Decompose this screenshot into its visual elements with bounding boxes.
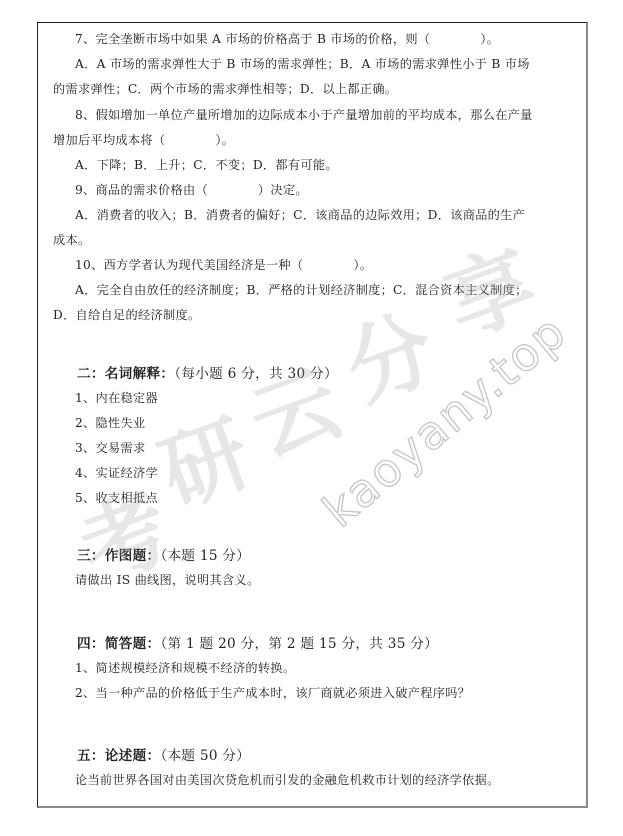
section-3-item-1: 请做出 IS 曲线图，说明其含义。: [75, 571, 259, 588]
section-5-item-1: 论当前世界各国对由美国次贷危机而引发的金融危机救市计划的经济学依据。: [75, 771, 500, 788]
question-9-options-line-2: 成本。: [53, 232, 90, 248]
section-2-item-3: 3、交易需求: [75, 439, 146, 456]
section-2-item-2: 2、隐性失业: [75, 414, 146, 431]
section-3-heading: 三：作图题：（本题 15 分）: [77, 544, 250, 564]
section-2-heading: 二：名词解释：（每小题 6 分，共 30 分）: [77, 362, 338, 382]
exam-page: 7、完全垄断市场中如果 A 市场的价格高于 B 市场的价格，则（ ）。 A．A …: [37, 22, 588, 808]
question-9-stem: 9、商品的需求价格由（ ）决定。: [75, 182, 308, 198]
question-8-stem-line-2: 增加后平均成本将（ ）。: [53, 132, 234, 148]
question-10-options-line-1: A．完全自由放任的经济制度；B．严格的计划经济制度；C．混合资本主义制度；: [75, 282, 528, 298]
question-10-stem: 10、西方学者认为现代美国经济是一种（ ）。: [75, 257, 372, 273]
question-9-options-line-1: A．消费者的收入；B．消费者的偏好；C．该商品的边际效用；D．该商品的生产: [75, 207, 525, 223]
section-5-points: （本题 50 分）: [160, 748, 250, 764]
question-8-options: A．下降；B．上升；C．不变；D．都有可能。: [75, 157, 338, 173]
section-2-item-4: 4、实证经济学: [75, 464, 158, 481]
question-10-options-line-2: D．自给自足的经济制度。: [53, 307, 200, 323]
section-2-title: 二：名词解释：: [77, 366, 174, 382]
section-2-points: （每小题 6 分，共 30 分）: [174, 366, 338, 382]
section-3-points: （本题 15 分）: [160, 548, 250, 564]
section-2-item-5: 5、收支相抵点: [75, 489, 158, 506]
section-4-heading: 四：简答题：（第 1 题 20 分，第 2 题 15 分，共 35 分）: [77, 632, 438, 652]
section-4-title: 四：简答题：: [77, 636, 160, 652]
section-4-item-2: 2、当一种产品的价格低于生产成本时，该厂商就必须进入破产程序吗？: [75, 684, 470, 701]
question-8-stem-line-1: 8、假如增加一单位产量所增加的边际成本小于产量增加前的平均成本，那么在产量: [75, 107, 533, 123]
section-5-heading: 五：论述题：（本题 50 分）: [77, 744, 250, 764]
question-7-options-line-1: A．A 市场的需求弹性大于 B 市场的需求弹性；B．A 市场的需求弹性小于 B …: [75, 56, 530, 72]
section-4-item-1: 1、简述规模经济和规模不经济的转换。: [75, 659, 295, 676]
section-4-points: （第 1 题 20 分，第 2 题 15 分，共 35 分）: [160, 636, 438, 652]
section-3-title: 三：作图题：: [77, 548, 160, 564]
question-7-options-line-2: 的需求弹性；C．两个市场的需求弹性相等；D．以上都正确。: [53, 81, 397, 97]
section-5-title: 五：论述题：: [77, 748, 160, 764]
section-2-item-1: 1、内在稳定器: [75, 389, 158, 406]
question-7-stem: 7、完全垄断市场中如果 A 市场的价格高于 B 市场的价格，则（ ）。: [75, 31, 499, 47]
